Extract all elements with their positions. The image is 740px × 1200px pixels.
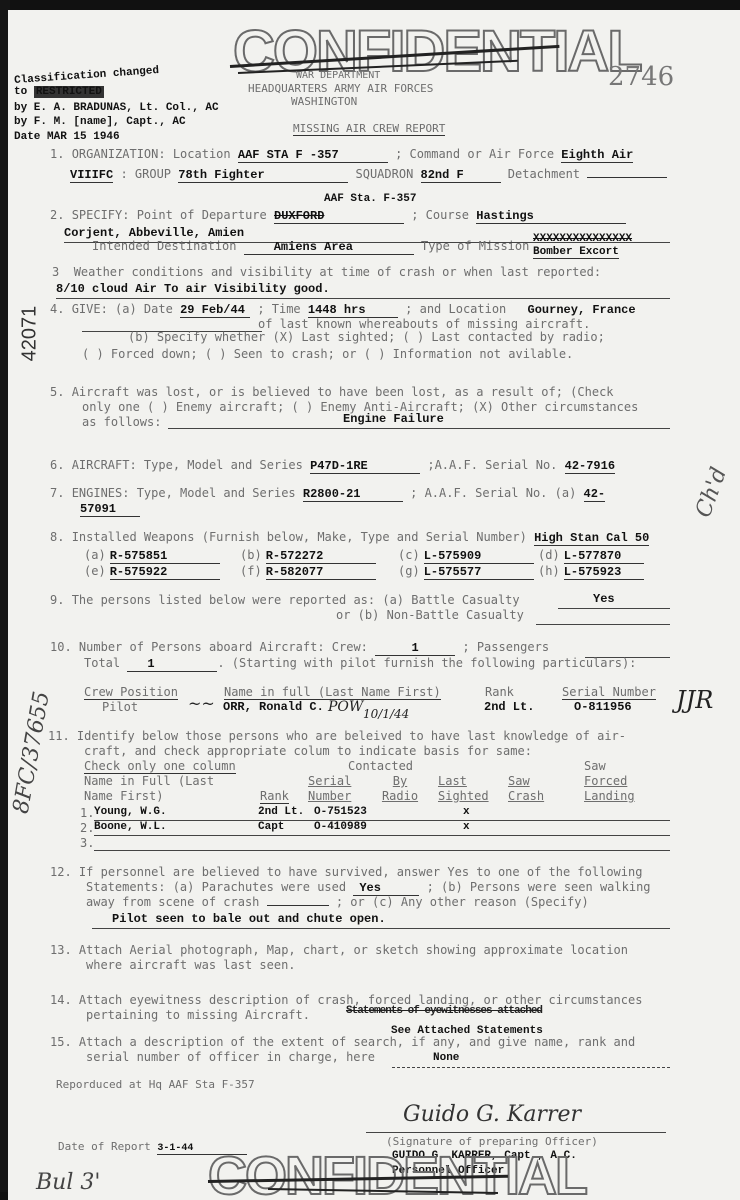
weapon-key: (a) <box>84 548 106 562</box>
knowledge-name: Boone, W.L. <box>94 821 167 833</box>
item-6: 6. AIRCRAFT: Type, Model and Series P47D… <box>50 458 615 474</box>
col-crew-position: Crew Position <box>84 685 178 700</box>
row-number: 2. <box>80 821 94 835</box>
item-number: 9. <box>50 593 64 607</box>
headquarters-line: HEADQUARTERS ARMY AIR FORCES <box>248 82 433 95</box>
other-reason-label: ; or (c) Any other reason (Specify) <box>336 895 589 909</box>
weapon-entry: (e)R-575922 <box>84 564 220 580</box>
item-15-line2: serial number of officer in charge, here <box>86 1050 375 1064</box>
item-13-line1: Attach Aerial photograph, Map, chart, or… <box>79 943 628 957</box>
battle-casualty-underline <box>558 608 670 609</box>
item-4: 4. GIVE: (a) Date 29 Feb/44 ; Time 1448 … <box>50 302 636 318</box>
cause-value: Engine Failure <box>343 412 444 426</box>
item-number: 13. <box>50 943 72 957</box>
col-knowledge-rank: Rank <box>260 789 289 804</box>
row-line <box>94 820 670 821</box>
departure-label: SPECIFY: Point of Departure <box>72 208 267 222</box>
col-by-radio: By Radio <box>376 774 424 804</box>
search-officer-value: None <box>433 1052 459 1064</box>
date-value: MAR 15 1946 <box>47 131 120 143</box>
classification-date: Date MAR 15 1946 <box>14 131 120 143</box>
row-line <box>94 835 670 836</box>
pow-date-handwritten: 10/1/44 <box>363 707 409 721</box>
item-9: 9. The persons listed below were reporte… <box>50 593 520 607</box>
total-note: . (Starting with pilot furnish the follo… <box>217 656 636 670</box>
item-13-line2: where aircraft was last seen. <box>86 958 296 972</box>
walking-label: ; (b) Persons were seen walking <box>427 880 651 894</box>
crew-count-label: Number of Persons aboard Aircraft: Crew: <box>79 640 368 654</box>
specify-line-b: (b) Specify whether (X) Last sighted; ( … <box>128 330 605 344</box>
engine-serial-value: 42- <box>584 487 606 502</box>
signature-line <box>366 1132 666 1133</box>
eyewitness-struck: Statements of eyewitnesses attached <box>346 1005 542 1017</box>
check-note: Check only one column <box>84 759 236 774</box>
item-number: 4. <box>50 302 64 316</box>
item-11-line1: Identify below those persons who are bel… <box>77 729 626 743</box>
cause-underline <box>168 428 670 429</box>
non-battle-underline <box>536 624 670 625</box>
departure-value: AAF Sta. F-357 <box>324 193 416 205</box>
passengers-label: ; Passengers <box>462 640 549 654</box>
weapon-entry: (g)L-575577 <box>398 564 534 580</box>
aircraft-serial-label: ;A.A.F. Serial No. <box>427 458 557 472</box>
item-1-line2: VIIIFC : GROUP 78th Fighter SQUADRON 82n… <box>70 167 667 183</box>
total-label: Total <box>84 656 120 670</box>
location-cont: of last known whereabouts of missing air… <box>258 317 590 331</box>
command-value: Eighth Air <box>561 148 633 163</box>
date-label: GIVE: (a) Date <box>72 302 173 316</box>
weather-underline <box>56 298 670 299</box>
item-10-line2: Total 1. (Starting with pilot furnish th… <box>84 656 636 672</box>
detachment-value <box>587 177 667 178</box>
initials-handwritten: JJR <box>676 686 713 714</box>
item-number: 6. <box>50 458 64 472</box>
weapon-entry: (a)R-575851 <box>84 548 220 564</box>
item-7: 7. ENGINES: Type, Model and Series R2800… <box>50 486 605 502</box>
knowledge-rank: 2nd Lt. <box>258 806 304 818</box>
handwritten-mark: ~~ <box>188 694 215 713</box>
knowledge-sighted: x <box>463 806 470 818</box>
battle-casualty-value: Yes <box>593 592 615 606</box>
item-5: 5. Aircraft was lost, or is believed to … <box>50 385 614 399</box>
aircraft-serial-value: 42-7916 <box>565 459 615 474</box>
location-value: Gourney, France <box>514 303 636 317</box>
row-number: 3. <box>80 836 94 850</box>
item-2: 2. SPECIFY: Point of Departure DUXFORD ;… <box>50 208 626 224</box>
other-reason-underline <box>92 928 670 929</box>
weapon-entry: (d)L-577870 <box>538 548 644 564</box>
weapon-key: (g) <box>398 564 420 578</box>
org-location-label: ORGANIZATION: Location <box>72 147 231 161</box>
weather-label: Weather conditions and visibility at tim… <box>74 265 601 279</box>
weapon-key: (d) <box>538 548 560 562</box>
knowledge-serial: O-410989 <box>314 821 367 833</box>
classification-value: RESTRICTED <box>34 86 104 98</box>
time-value: 1448 hrs <box>308 303 398 318</box>
col-forced-landing: Forced Landing <box>584 774 644 804</box>
item-13: 13. Attach Aerial photograph, Map, chart… <box>50 943 628 957</box>
classification-to: to RESTRICTED <box>14 86 104 98</box>
weapon-key: (b) <box>240 548 262 562</box>
knowledge-name: Young, W.G. <box>94 806 167 818</box>
cause-line-1: Aircraft was lost, or is believed to hav… <box>72 385 614 399</box>
reproduced-note: Reporduced at Hq AAF Sta F-357 <box>56 1078 255 1091</box>
col-last-sighted: Last Sighted <box>438 774 494 804</box>
walking-value <box>267 905 329 906</box>
item-number: 7. <box>50 486 64 500</box>
item-number: 5. <box>50 385 64 399</box>
col-saw-crash: Saw Crash <box>508 774 552 804</box>
item-number: 11. <box>48 729 70 743</box>
row-line <box>94 850 670 851</box>
weapon-key: (h) <box>538 564 560 578</box>
classification-changed: Classification changed <box>14 65 160 87</box>
squadron-value: 82nd F <box>421 168 501 183</box>
course-label: ; Course <box>411 208 469 222</box>
detachment-label: Detachment <box>508 167 580 181</box>
weapon-serial: L-577870 <box>564 549 644 564</box>
item-number: 10. <box>50 640 72 654</box>
signature-handwritten: Guido G. Karrer <box>403 1102 581 1127</box>
item-number: 15. <box>50 1035 72 1049</box>
item-10: 10. Number of Persons aboard Aircraft: C… <box>50 640 549 656</box>
item-14-line2: pertaining to missing Aircraft. <box>86 1008 310 1022</box>
weapons-label: Installed Weapons (Furnish below, Make, … <box>72 530 527 544</box>
item-number: 3 <box>52 265 59 279</box>
knowledge-sighted: x <box>463 821 470 833</box>
weapon-key: (f) <box>240 564 262 578</box>
weapon-entry: (b)R-572272 <box>240 548 376 564</box>
war-department: WAR DEPARTMENT <box>296 70 380 81</box>
item-15-line1: Attach a description of the extent of se… <box>79 1035 635 1049</box>
weapon-key: (e) <box>84 564 106 578</box>
col-knowledge-name: Name in Full (Last Name First) <box>84 774 224 804</box>
engine-serial-label: ; A.A.F. Serial No. (a) <box>410 486 576 500</box>
mission-value: Bomber Excort <box>533 246 619 259</box>
row-number: 1. <box>80 806 94 820</box>
mission-label: Type of Mission <box>421 239 529 253</box>
group-label: : GROUP <box>120 167 171 181</box>
engine-serial-value-cont: 57091 <box>80 502 140 517</box>
to-label: to <box>14 86 27 98</box>
crew-count-value: 1 <box>375 641 455 656</box>
knowledge-rank: Capt <box>258 821 284 833</box>
crew-rank-value: 2nd Lt. <box>484 700 534 714</box>
item-15: 15. Attach a description of the extent o… <box>50 1035 635 1049</box>
weapon-serial: L-575923 <box>564 565 644 580</box>
cause-line-3: as follows: <box>82 415 161 429</box>
parachutes-label: Statements: (a) Parachutes were used <box>86 880 346 894</box>
time-label: ; Time <box>257 302 300 316</box>
pow-note-handwritten: POW <box>328 699 363 715</box>
destination-value: Amiens Area <box>244 240 414 255</box>
side-stamp-number: 42071 <box>18 306 41 362</box>
aircraft-model-value: P47D-1RE <box>310 459 420 474</box>
weapon-serial: R-575851 <box>110 549 220 564</box>
specify-line-c: ( ) Forced down; ( ) Seen to crash; or (… <box>82 347 573 361</box>
non-battle-label: or (b) Non-Battle Casualty <box>336 608 524 622</box>
item-8: 8. Installed Weapons (Furnish below, Mak… <box>50 530 649 545</box>
item-12-line1: If personnel are believed to have surviv… <box>79 865 643 879</box>
classification-by-1: by E. A. BRADUNAS, Lt. Col., AC <box>14 102 219 114</box>
parachutes-value: Yes <box>353 881 419 896</box>
search-officer-underline <box>392 1067 670 1068</box>
crew-serial-value: O-811956 <box>574 700 632 714</box>
margin-initial-handwritten: Ch'd <box>691 464 732 521</box>
item-number: 12. <box>50 865 72 879</box>
crew-name-value: ORR, Ronald C. <box>223 700 324 714</box>
item-12-line3: away from scene of crash ; or (c) Any ot… <box>86 895 589 909</box>
location-label: ; and Location <box>405 302 506 316</box>
item-11-line2: craft, and check appropriate colum to in… <box>84 744 532 758</box>
item-1: 1. ORGANIZATION: Location AAF STA F -357… <box>50 147 633 163</box>
engine-label: ENGINES: Type, Model and Series <box>72 486 296 500</box>
knowledge-serial: O-751523 <box>314 806 367 818</box>
total-value: 1 <box>127 657 217 672</box>
file-number-handwritten: 2746 <box>608 62 674 92</box>
group-value: 78th Fighter <box>178 168 348 183</box>
engine-model-value: R2800-21 <box>303 487 403 502</box>
squadron-label: SQUADRON <box>356 167 414 181</box>
weapon-serial: R-572272 <box>266 549 376 564</box>
mission-struck: XXXXXXXXXXXXXXX <box>533 233 632 245</box>
bottom-note-handwritten: Bul 3' <box>36 1170 100 1195</box>
item-number: 14. <box>50 993 72 1007</box>
col-name: Name in full (Last Name First) <box>224 685 441 700</box>
col-knowledge-serial: Serial Number <box>308 774 368 804</box>
item-number: 2. <box>50 208 64 222</box>
item-3: 3 Weather conditions and visibility at t… <box>52 265 601 279</box>
weather-value: 8/10 cloud Air To air Visibility good. <box>56 282 330 296</box>
scene-label: away from scene of crash <box>86 895 259 909</box>
item-12-line2: Statements: (a) Parachutes were used Yes… <box>86 880 651 896</box>
washington-line: WASHINGTON <box>291 95 357 108</box>
date-of-report-label: Date of Report <box>58 1140 151 1153</box>
weapon-serial: L-575909 <box>424 549 534 564</box>
command-label: ; Command or Air Force <box>395 147 554 161</box>
item-12: 12. If personnel are believed to have su… <box>50 865 642 879</box>
aircraft-label: AIRCRAFT: Type, Model and Series <box>72 458 303 472</box>
weapon-serial: R-575922 <box>110 565 220 580</box>
org-location-value: AAF STA F -357 <box>238 148 388 163</box>
col-serial: Serial Number <box>562 685 656 700</box>
weapons-make-value: High Stan Cal 50 <box>534 531 649 546</box>
document-page: CONFIDENTIAL 2746 Classification changed… <box>8 10 740 1200</box>
item-number: 1. <box>50 147 64 161</box>
weapon-key: (c) <box>398 548 420 562</box>
item-11: 11. Identify below those persons who are… <box>48 729 626 743</box>
departure-struck: DUXFORD <box>274 209 404 224</box>
course-value-cont: Corjent, Abbeville, Amien <box>64 226 244 240</box>
item-2-line3: Intended Destination Amiens Area Type of… <box>92 239 529 255</box>
crew-position-value: Pilot <box>102 700 138 714</box>
side-ref-handwritten: 8FC/37655 <box>9 690 55 816</box>
date-label: Date <box>14 131 40 143</box>
other-reason-value: Pilot seen to bale out and chute open. <box>112 912 386 926</box>
course-value: Hastings <box>476 209 626 224</box>
weapon-entry: (h)L-575923 <box>538 564 644 580</box>
weapon-entry: (c)L-575909 <box>398 548 534 564</box>
classification-by-2: by F. M. [name], Capt., AC <box>14 116 186 128</box>
report-title: MISSING AIR CREW REPORT <box>293 122 445 136</box>
saw-header-top: Saw <box>584 759 606 773</box>
col-rank: Rank <box>485 685 514 699</box>
date-value: 29 Feb/44 <box>180 303 250 318</box>
weapon-serial: L-575577 <box>424 565 534 580</box>
contacted-header: Contacted <box>348 759 413 773</box>
weapon-entry: (f)R-582077 <box>240 564 376 580</box>
weapon-serial: R-582077 <box>266 565 376 580</box>
command-value-cont: VIIIFC <box>70 168 113 183</box>
battle-casualty-label: The persons listed below were reported a… <box>72 593 520 607</box>
destination-label: Intended Destination <box>92 239 237 253</box>
item-number: 8. <box>50 530 64 544</box>
